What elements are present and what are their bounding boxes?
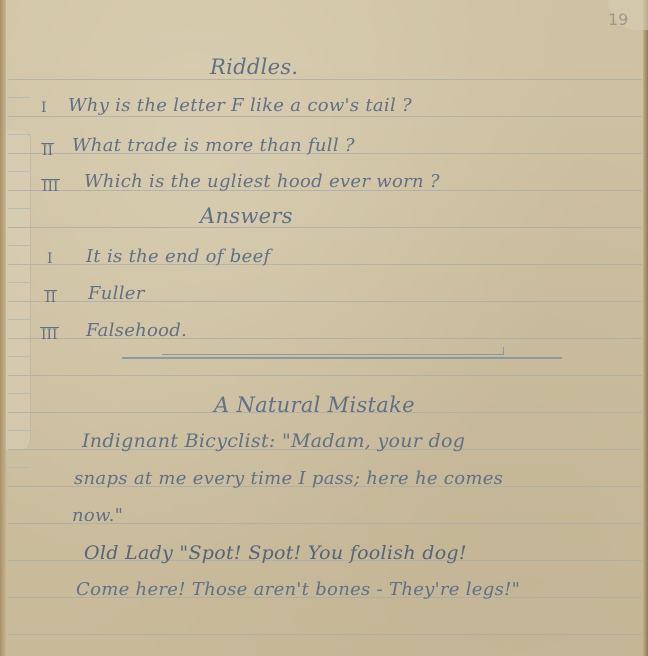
answer-text: Fuller [88, 283, 145, 304]
story-line: now." [72, 505, 123, 526]
margin-line [8, 393, 30, 394]
section-divider [503, 347, 504, 355]
margin-line [8, 97, 30, 98]
question-text: Why is the letter F like a cow's tail ? [68, 95, 412, 116]
riddles-title: Riddles. [210, 55, 298, 79]
margin-line [8, 282, 30, 283]
question-text: Which is the ugliest hood ever worn ? [84, 171, 440, 192]
ruled-line [8, 227, 642, 228]
story-line: Old Lady "Spot! Spot! You foolish dog! [84, 542, 467, 564]
ruled-line [8, 116, 642, 117]
story-line: snaps at me every time I pass; here he c… [74, 468, 503, 489]
torn-margin [6, 130, 31, 450]
question-numeral: I [40, 101, 48, 115]
answer-numeral: III [40, 327, 59, 342]
notebook-page: 19 Riddles. I Why is the letter F like a… [0, 0, 648, 656]
answer-numeral: II [44, 290, 57, 305]
margin-line [8, 134, 30, 135]
page-number: 19 [608, 10, 628, 29]
margin-line [8, 356, 30, 357]
margin-line [8, 430, 30, 431]
answer-text: Falsehood. [86, 320, 187, 341]
story-line: Indignant Bicyclist: "Madam, your dog [82, 430, 465, 452]
margin-line [8, 319, 30, 320]
margin-line [8, 245, 30, 246]
answers-title: Answers [200, 204, 293, 228]
margin-line [8, 171, 30, 172]
question-text: What trade is more than full ? [72, 135, 355, 156]
answer-text: It is the end of beef [86, 246, 270, 267]
ruled-line [8, 375, 642, 376]
section-divider [162, 354, 504, 355]
answer-numeral: I [46, 252, 54, 266]
question-numeral: II [41, 143, 54, 158]
section-divider [122, 357, 562, 359]
margin-line [8, 208, 30, 209]
ruled-line [8, 79, 642, 80]
page-edge [643, 0, 648, 656]
margin-line [8, 467, 30, 468]
story-title: A Natural Mistake [214, 393, 415, 417]
question-numeral: III [41, 179, 60, 194]
story-line: Come here! Those aren't bones - They're … [76, 579, 520, 600]
ruled-line [8, 634, 642, 635]
